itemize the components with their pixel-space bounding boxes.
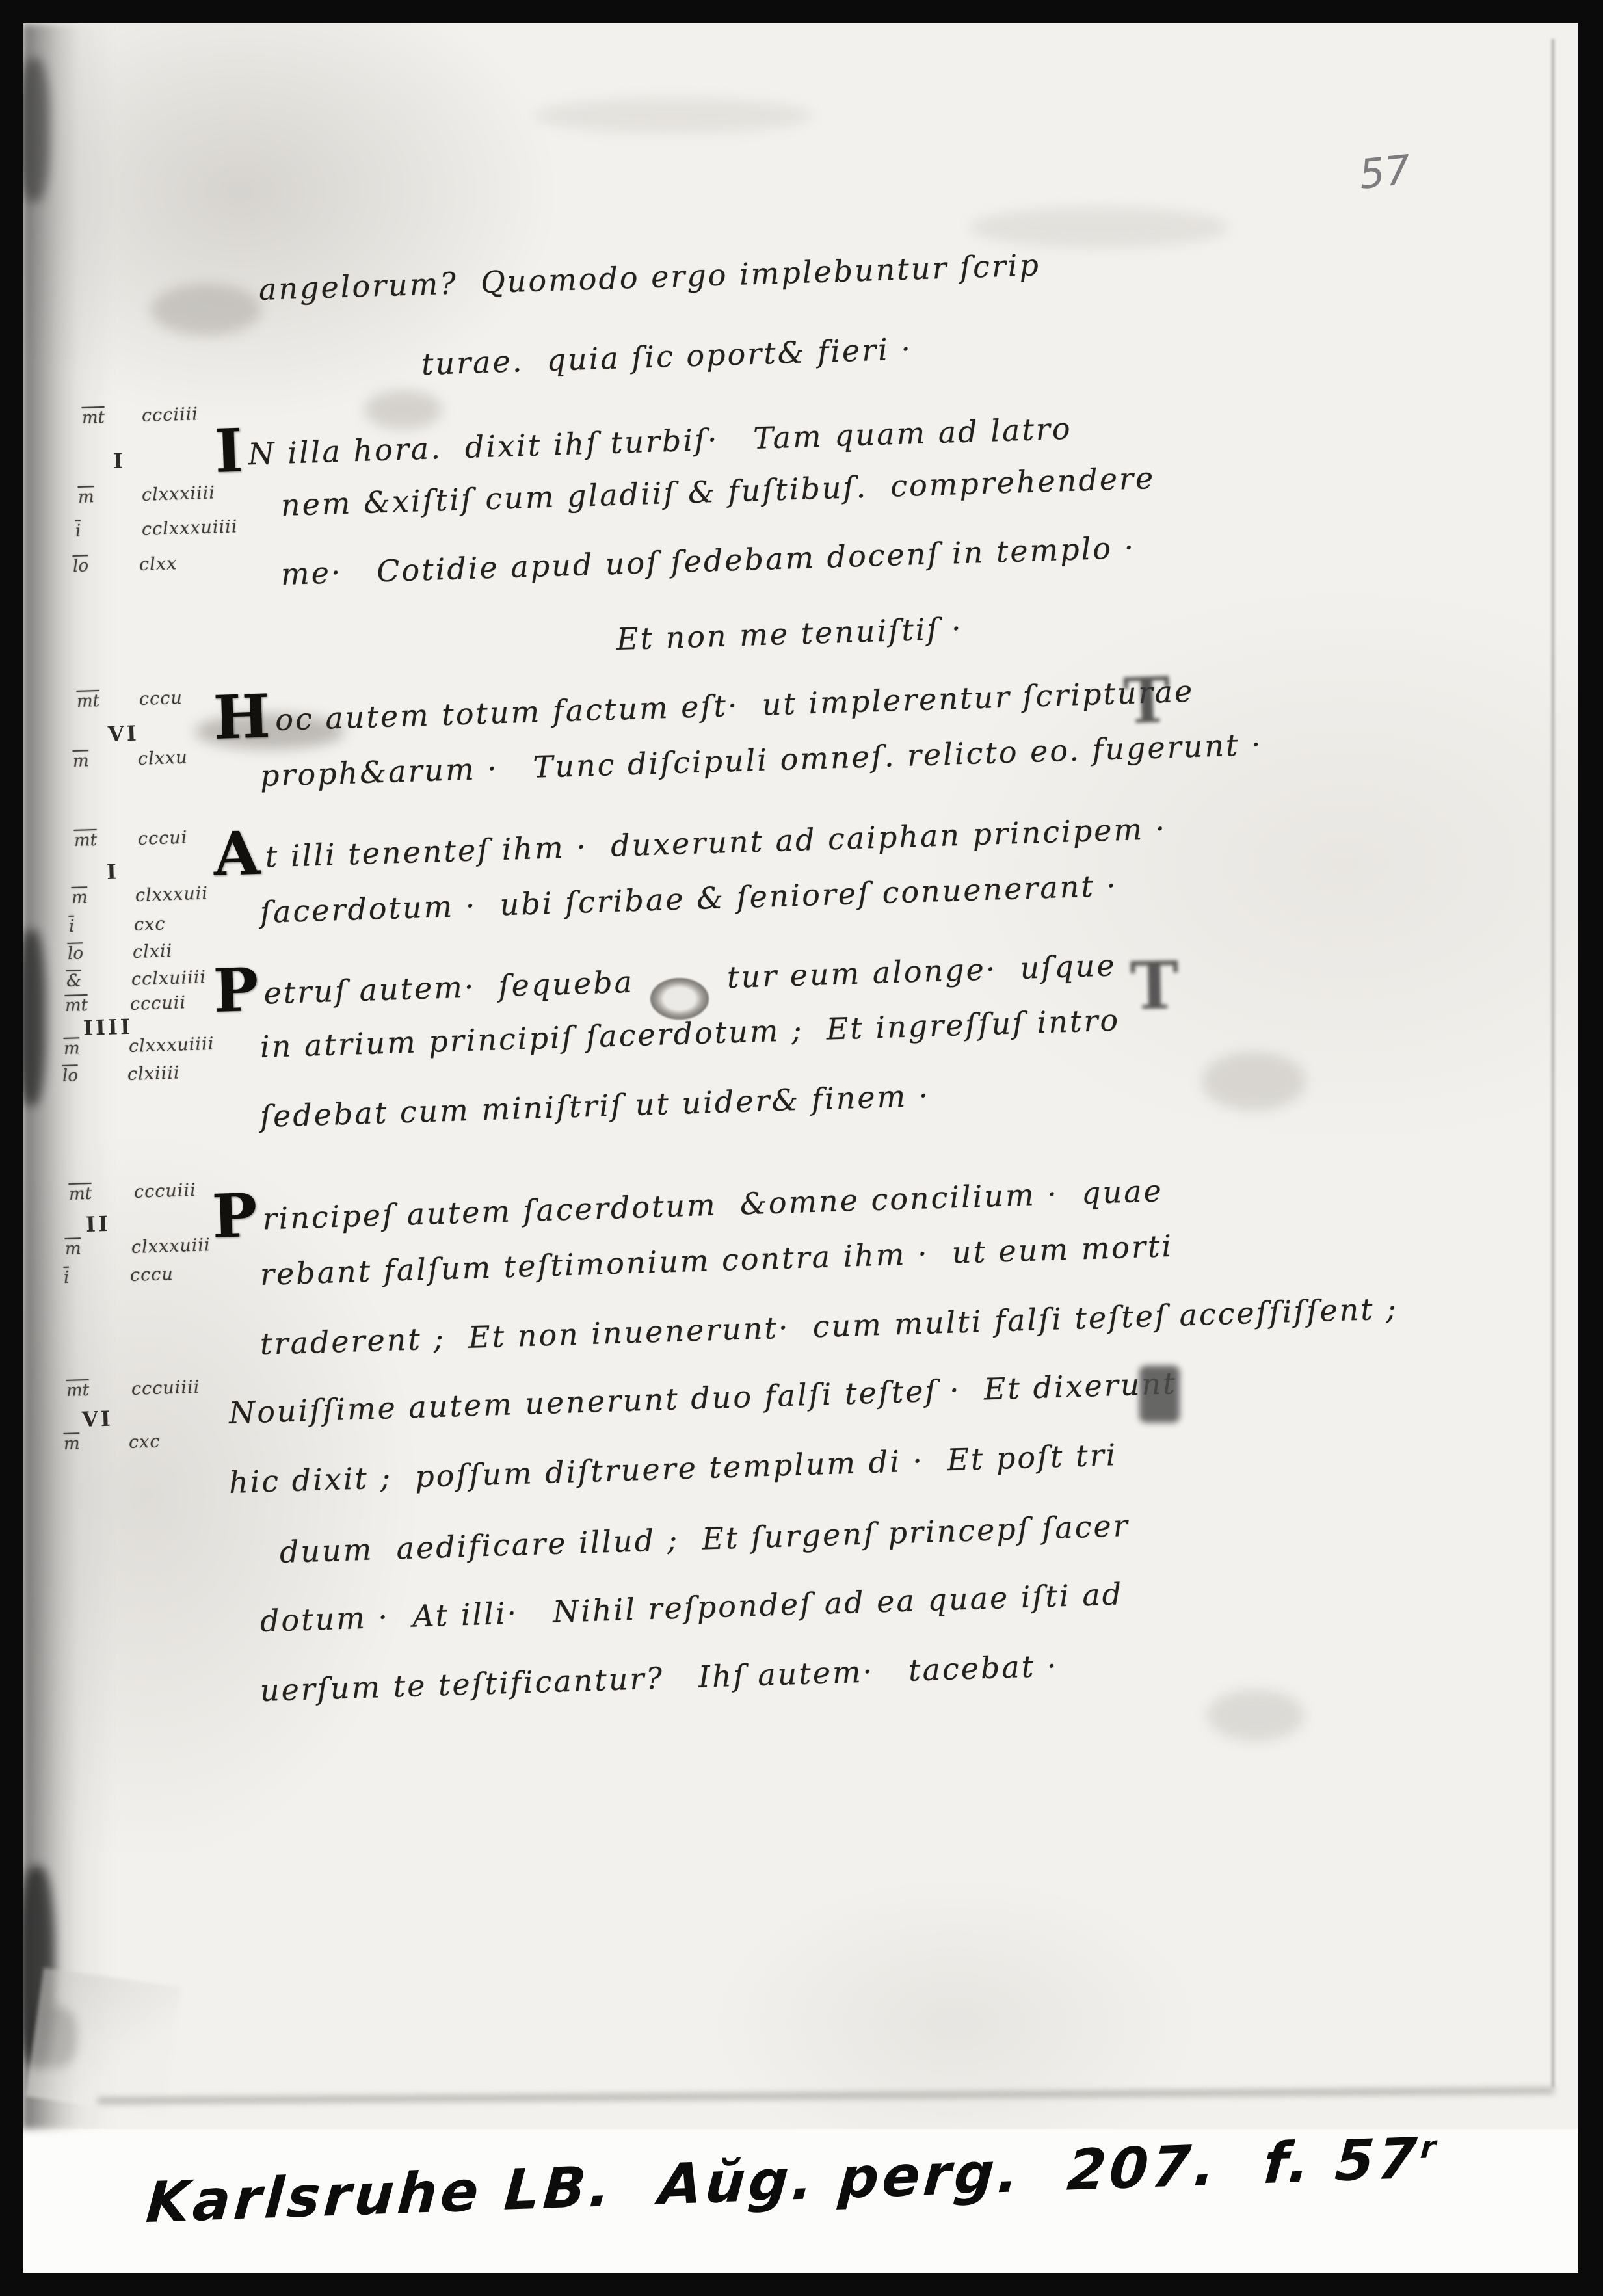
eusebian-section-ref: lo [62, 1066, 79, 1086]
text-layer: angelorum? Quomodo ergo implebuntur ſcri… [0, 0, 1603, 2296]
eusebian-section-ref: clxii [133, 941, 173, 962]
eusebian-section-ref: mt [82, 408, 105, 428]
line-text: dotum · At illi· Nihil reſpondeſ ad ea q… [259, 1576, 1124, 1639]
decorated-initial: H [213, 693, 271, 742]
line-text: Et non me tenuiſtiſ · [616, 611, 963, 657]
eusebian-section-ref: & [66, 971, 82, 991]
line-text: N illa hora. dixit ihſ turbiſ· Tam quam … [248, 411, 1073, 472]
eusebian-section-ref: i [75, 521, 81, 541]
line-text: oc autem totum factum eſt· ut implerentu… [274, 674, 1194, 737]
ink-blot [1139, 1366, 1180, 1423]
eusebian-section-ref: m [64, 1038, 81, 1059]
manuscript-line: duum aedificare illud ; Et ſurgenſ princ… [279, 1509, 1130, 1569]
manuscript-line: turae. quia ſic oport& fieri · [421, 332, 913, 380]
manuscript-line: me· Cotidie apud uoſ ſedebam docenſ in t… [280, 531, 1136, 591]
canon-number: IIII [83, 1014, 133, 1040]
eusebian-section-ref: cccu [130, 1264, 174, 1286]
manuscript-line: nem &xiſtiſ cum gladiiſ & fuſtibuſ. comp… [280, 462, 1156, 522]
eusebian-section-ref: clxxu [138, 748, 189, 769]
eusebian-section-ref: cccuiii [134, 1180, 197, 1202]
manuscript-line: At illi tenenteſ ihm · duxerunt ad caiph… [213, 795, 1167, 875]
eusebian-section-ref: ccciiii [142, 404, 199, 426]
canon-number: I [113, 448, 126, 473]
eusebian-section-ref: cccu [139, 688, 183, 709]
line-text: nem &xiſtiſ cum gladiiſ & fuſtibuſ. comp… [280, 460, 1156, 523]
line-text: me· Cotidie apud uoſ ſedebam docenſ in t… [280, 530, 1136, 592]
eusebian-section-ref: cccuii [130, 992, 187, 1014]
eusebian-section-ref: cccuiiii [131, 1377, 200, 1399]
eusebian-section-ref: cxc [134, 914, 166, 935]
manuscript-line: rebant falſum teſtimonium contra ihm · u… [259, 1230, 1174, 1291]
manuscript-line: angelorum? Quomodo ergo implebuntur ſcri… [258, 248, 1040, 306]
manuscript-line: Nouiſſime autem uenerunt duo falſi teſte… [228, 1367, 1177, 1429]
eusebian-section-ref: m [73, 751, 90, 771]
line-text: t illi tenenteſ ihm · duxerunt ad caipha… [265, 811, 1167, 875]
manuscript-line: Petruſ autem· ſequeba [213, 948, 635, 1012]
line-text: traderent ; Et non inuenerunt· cum multi… [259, 1291, 1398, 1362]
eusebian-section-ref: i [69, 917, 75, 936]
manuscript-line: traderent ; Et non inuenerunt· cum multi… [259, 1292, 1398, 1361]
decorated-initial: P [213, 966, 259, 1016]
manuscript-line: ſacerdotum · ubi ſcribae & ſenioreſ conu… [259, 869, 1119, 929]
manuscript-line: uerſum te teſtificantur? Ihſ autem· tace… [259, 1649, 1059, 1707]
canon-number: VI [81, 1406, 113, 1432]
offset-ink-stamp: T [1122, 669, 1171, 733]
line-text: rincipeſ autem ſacerdotum &omne conciliu… [262, 1173, 1164, 1237]
eusebian-section-ref: clxxxuiii [131, 1235, 211, 1258]
line-text: Nouiſſime autem uenerunt duo falſi teſte… [228, 1366, 1177, 1431]
offset-ink-stamp: T [1130, 953, 1179, 1018]
line-text: ſacerdotum · ubi ſcribae & ſenioreſ conu… [259, 868, 1119, 930]
line-text: etruſ autem· ſequeba [263, 964, 635, 1011]
manuscript-line: tur eum alonge· uſque [726, 949, 1117, 994]
line-text: proph&arum · Tunc diſcipuli omneſ. relic… [259, 727, 1263, 793]
line-text: angelorum? Quomodo ergo implebuntur ſcri… [258, 247, 1041, 307]
manuscript-line: Hoc autem totum factum eſt· ut implerent… [213, 657, 1195, 739]
eusebian-section-ref: m [65, 1239, 82, 1259]
manuscript-line: IN illa hora. dixit ihſ turbiſ· Tam quam… [214, 395, 1072, 472]
manuscript-line: Principeſ autem ſacerdotum &omne concili… [211, 1157, 1164, 1237]
eusebian-section-ref: cccui [138, 828, 188, 849]
manuscript-line: Et non me tenuiſtiſ · [616, 612, 963, 655]
line-text: rebant falſum teſtimonium contra ihm · u… [259, 1228, 1174, 1292]
eusebian-section-ref: clxxxuiiii [129, 1034, 215, 1057]
eusebian-section-ref: mt [77, 691, 100, 711]
eusebian-section-ref: m [78, 487, 95, 507]
line-text: uerſum te teſtificantur? Ihſ autem· tace… [259, 1648, 1059, 1708]
eusebian-section-ref: clxxxuii [135, 883, 209, 906]
line-text: tur eum alonge· uſque [726, 947, 1117, 995]
canon-number: I [106, 859, 119, 884]
line-text: hic dixit ; poſſum diſtruere templum di … [228, 1437, 1118, 1500]
parchment-hole [650, 978, 709, 1020]
decorated-initial: I [214, 427, 243, 476]
eusebian-section-ref: mt [65, 996, 88, 1016]
eusebian-section-ref: mt [74, 830, 98, 851]
eusebian-section-ref: clxxxiiii [142, 482, 216, 505]
manuscript-line: dotum · At illi· Nihil reſpondeſ ad ea q… [259, 1577, 1124, 1637]
eusebian-section-ref: m [72, 888, 88, 908]
eusebian-section-ref: cxc [129, 1431, 161, 1453]
manuscript-line: ſedebat cum miniſtriſ ut uider& finem · [259, 1079, 931, 1133]
line-text: ſedebat cum miniſtriſ ut uider& finem · [259, 1078, 931, 1134]
eusebian-section-ref: mt [66, 1380, 90, 1401]
canon-number: II [85, 1211, 111, 1237]
eusebian-section-ref: mt [69, 1184, 92, 1204]
eusebian-section-ref: clxx [139, 553, 178, 575]
manuscript-line: hic dixit ; poſſum diſtruere templum di … [228, 1438, 1118, 1499]
eusebian-section-ref: i [64, 1268, 70, 1287]
manuscript-photo-page: 57 angelorum? Quomodo ergo implebuntur ſ… [0, 0, 1603, 2296]
decorated-initial: P [211, 1192, 258, 1241]
decorated-initial: A [213, 830, 261, 879]
line-text: turae. quia ſic oport& fieri · [421, 331, 913, 382]
canon-number: VI [107, 721, 139, 746]
eusebian-section-ref: lo [68, 943, 84, 964]
line-text: duum aedificare illud ; Et ſurgenſ princ… [279, 1508, 1130, 1570]
manuscript-line: proph&arum · Tunc diſcipuli omneſ. relic… [259, 728, 1263, 793]
eusebian-section-ref: clxiiii [127, 1062, 180, 1085]
recto-superscript: r [1419, 2130, 1440, 2166]
eusebian-section-ref: cclxxxuiiii [142, 516, 238, 540]
eusebian-section-ref: lo [73, 556, 89, 576]
eusebian-section-ref: cclxuiiii [131, 967, 207, 990]
eusebian-section-ref: m [64, 1434, 81, 1454]
